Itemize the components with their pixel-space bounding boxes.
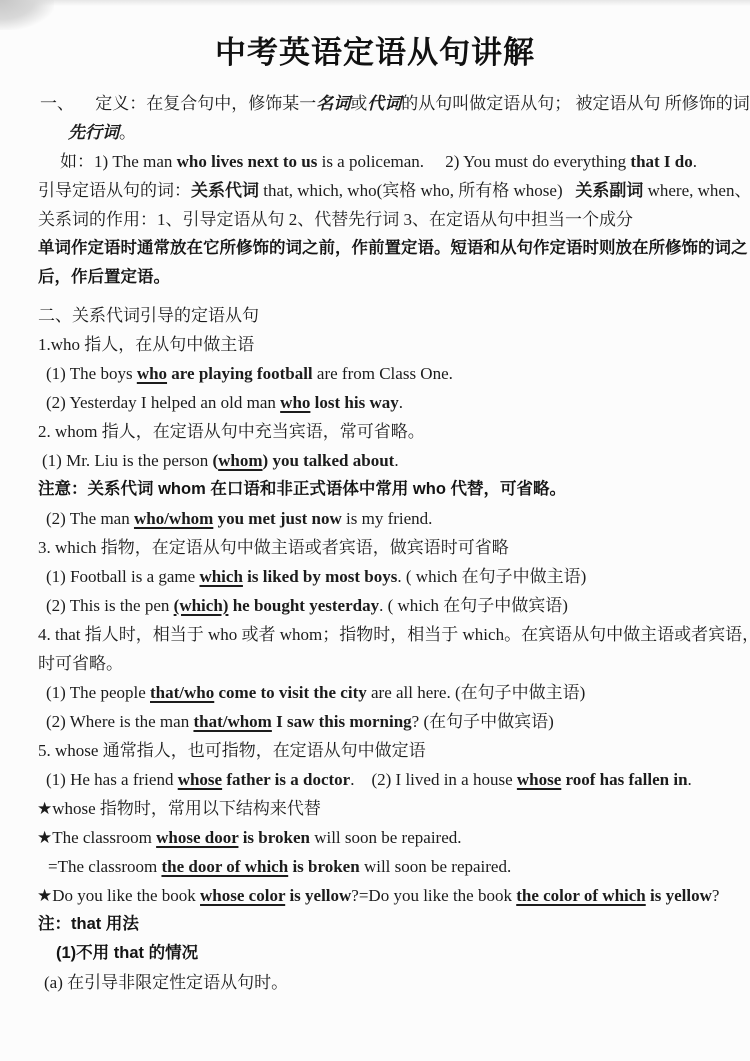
text-segment: he bought yesterday [228, 596, 379, 615]
text-segment: the door of which [161, 857, 288, 876]
text-segment: will soon be repaired. [360, 857, 512, 876]
text-line: 一、 定义：在复合句中，修饰某一名词或代词的从句叫做定语从句； 被定语从句 所修… [0, 89, 750, 118]
text-segment: that/whom [193, 712, 271, 731]
page-title: 中考英语定语从句讲解 [0, 0, 750, 72]
text-segment: come to visit the city [214, 683, 366, 702]
text-segment: . ( which 在句子中做宾语) [379, 596, 568, 615]
text-segment: 注意：关系代词 whom 在口语和非正式语体中常用 who 代替，可省略。 [38, 480, 566, 498]
text-segment: (1) Mr. Liu is the person [42, 451, 212, 470]
text-line: 2. whom 指人，在定语从句中充当宾语，常可省略。 [0, 417, 750, 446]
text-line: ★whose 指物时，常用以下结构来代替 [0, 794, 750, 823]
text-segment: 二、关系代词引导的定语从句 [38, 306, 259, 325]
text-segment: will soon be repaired. [310, 828, 462, 847]
text-segment: which [199, 567, 242, 586]
text-line: 注意：关系代词 whom 在口语和非正式语体中常用 who 代替，可省略。 [0, 475, 750, 504]
text-line: (1) The people that/who come to visit th… [0, 678, 750, 707]
text-segment: is yellow [646, 886, 712, 905]
text-segment: 3. which 指物，在定语从句中做主语或者宾语，做宾语时可省略 [38, 538, 509, 557]
text-line: (2) This is the pen (which) he bought ye… [0, 591, 750, 620]
document-body: 一、 定义：在复合句中，修饰某一名词或代词的从句叫做定语从句； 被定语从句 所修… [0, 72, 750, 997]
text-segment: are from Class One. [313, 364, 453, 383]
text-line: 时可省略。 [0, 649, 750, 678]
text-line: 注：that 用法 [0, 910, 750, 939]
text-line: 关系词的作用：1、引导定语从句 2、代替先行词 3、在定语从句中担当一个成分 [0, 205, 750, 234]
text-segment: who [280, 393, 310, 412]
text-segment: 后，作后置定语。 [38, 268, 170, 286]
text-line: (1) The boys who are playing football ar… [0, 359, 750, 388]
text-segment: 或 [350, 94, 367, 113]
text-segment: is broken [238, 828, 310, 847]
text-segment: (1)不用 that 的情况 [56, 944, 198, 962]
text-segment: (a) 在引导非限定性定语从句时。 [44, 973, 288, 992]
text-line: 先行词。 [0, 118, 750, 147]
text-segment: =The classroom [48, 857, 161, 876]
text-segment: . [399, 393, 403, 412]
text-segment: whose color [200, 886, 285, 905]
text-segment: ★Do you like the book [37, 886, 200, 905]
text-segment: is yellow [285, 886, 351, 905]
text-segment: lost his way [310, 393, 398, 412]
text-line: ★Do you like the book whose color is yel… [0, 881, 750, 910]
text-line: (1) He has a friend whose father is a do… [0, 765, 750, 794]
text-segment: ★The classroom [37, 828, 156, 847]
text-line: 引导定语从句的词：关系代词 that, which, who(宾格 who, 所… [0, 176, 750, 205]
text-segment: whose [517, 770, 561, 789]
document-page: 中考英语定语从句讲解 一、 定义：在复合句中，修饰某一名词或代词的从句叫做定语从… [0, 0, 750, 1061]
text-segment: (2) The man [46, 509, 134, 528]
text-segment: . ( which 在句子中做主语) [397, 567, 586, 586]
text-segment: is broken [288, 857, 360, 876]
text-line: (2) Yesterday I helped an old man who lo… [0, 388, 750, 417]
text-segment: (2) This is the pen [46, 596, 174, 615]
text-segment: 关系代词 [191, 181, 259, 200]
text-segment: 如：1) The man [60, 152, 177, 171]
text-segment: (2) Yesterday I helped an old man [46, 393, 280, 412]
text-line: ★The classroom whose door is broken will… [0, 823, 750, 852]
text-line: 4. that 指人时，相当于 who 或者 whom；指物时，相当于 whic… [0, 620, 750, 649]
text-line: (2) Where is the man that/whom I saw thi… [0, 707, 750, 736]
text-segment: 4. that 指人时，相当于 who 或者 whom；指物时，相当于 whic… [38, 625, 750, 644]
text-line: (a) 在引导非限定性定语从句时。 [0, 968, 750, 997]
text-segment: are all here. (在句子中做主语) [367, 683, 586, 702]
text-segment: whose [178, 770, 222, 789]
text-segment: (1) The people [46, 683, 150, 702]
text-line: (1)不用 that 的情况 [0, 939, 750, 968]
text-segment: . (2) I lived in a house [350, 770, 517, 789]
text-line: 单词作定语时通常放在它所修饰的词之前，作前置定语。短语和从句作定语时则放在所修饰… [0, 234, 750, 263]
text-line: (1) Football is a game which is liked by… [0, 562, 750, 591]
text-segment: ★whose 指物时，常用以下结构来代替 [37, 799, 321, 818]
text-segment: (1) Football is a game [46, 567, 199, 586]
text-segment: ? (在句子中做宾语) [412, 712, 554, 731]
text-segment: 关系词的作用：1、引导定语从句 2、代替先行词 3、在定语从句中担当一个成分 [38, 210, 633, 229]
text-segment: (1) He has a friend [46, 770, 178, 789]
text-segment: 代词 [367, 94, 401, 113]
text-line: 后，作后置定语。 [0, 263, 750, 292]
text-segment: 关系副词 [575, 181, 643, 200]
text-segment: is a policeman. 2) You must do everythin… [317, 152, 630, 171]
text-line: 1.who 指人，在从句中做主语 [0, 330, 750, 359]
text-line: 如：1) The man who lives next to us is a p… [0, 147, 750, 176]
text-segment: . [394, 451, 398, 470]
text-segment: 的从句叫做定语从句； 被定语从句 所修饰的词叫做 [401, 94, 750, 113]
text-segment: who lives next to us [177, 152, 318, 171]
text-segment: the color of which [516, 886, 646, 905]
text-segment: are playing football [167, 364, 313, 383]
text-segment: 5. whose 通常指人，也可指物，在定语从句中做定语 [38, 741, 426, 760]
text-segment: . [688, 770, 692, 789]
text-segment: 单词作定语时通常放在它所修饰的词之前，作前置定语。短语和从句作定语时则放在所修饰… [38, 239, 748, 257]
text-segment: that I do [630, 152, 692, 171]
text-line: =The classroom the door of which is brok… [0, 852, 750, 881]
text-segment: I saw this morning [272, 712, 412, 731]
text-segment: ) you talked about [263, 451, 395, 470]
text-segment: father is a doctor [222, 770, 350, 789]
text-segment: 2. whom 指人，在定语从句中充当宾语，常可省略。 [38, 422, 425, 441]
text-line: 5. whose 通常指人，也可指物，在定语从句中做定语 [0, 736, 750, 765]
text-segment: 时可省略。 [38, 654, 123, 673]
text-segment: 。 [119, 123, 136, 142]
text-segment: that, which, who(宾格 who, 所有格 whose) [259, 181, 575, 200]
text-segment: who [137, 364, 167, 383]
text-segment: you met just now [213, 509, 341, 528]
text-segment: 引导定语从句的词： [38, 181, 191, 200]
text-segment: 名词 [316, 94, 350, 113]
text-segment: is my friend. [342, 509, 433, 528]
text-segment: that/who [150, 683, 214, 702]
text-segment: (2) Where is the man [46, 712, 193, 731]
text-segment: . [693, 152, 697, 171]
text-segment: (which) [174, 596, 229, 615]
text-segment: 先行词 [68, 123, 119, 142]
text-line: 二、关系代词引导的定语从句 [0, 301, 750, 330]
text-segment: 注：that 用法 [38, 915, 139, 933]
text-line: (1) Mr. Liu is the person (whom) you tal… [0, 446, 750, 475]
text-segment: whom [218, 451, 262, 470]
text-line: 3. which 指物，在定语从句中做主语或者宾语，做宾语时可省略 [0, 533, 750, 562]
text-segment: who/whom [134, 509, 213, 528]
text-segment: 一、 定义：在复合句中，修饰某一 [40, 94, 316, 113]
text-segment: (1) The boys [46, 364, 137, 383]
text-segment: ? [712, 886, 720, 905]
text-segment: whose door [156, 828, 238, 847]
text-segment: 1.who 指人，在从句中做主语 [38, 335, 254, 354]
text-segment: roof has fallen in [561, 770, 687, 789]
text-segment: ?=Do you like the book [351, 886, 516, 905]
text-line: (2) The man who/whom you met just now is… [0, 504, 750, 533]
text-segment: is liked by most boys [243, 567, 397, 586]
text-segment: where, when、why [643, 181, 750, 200]
